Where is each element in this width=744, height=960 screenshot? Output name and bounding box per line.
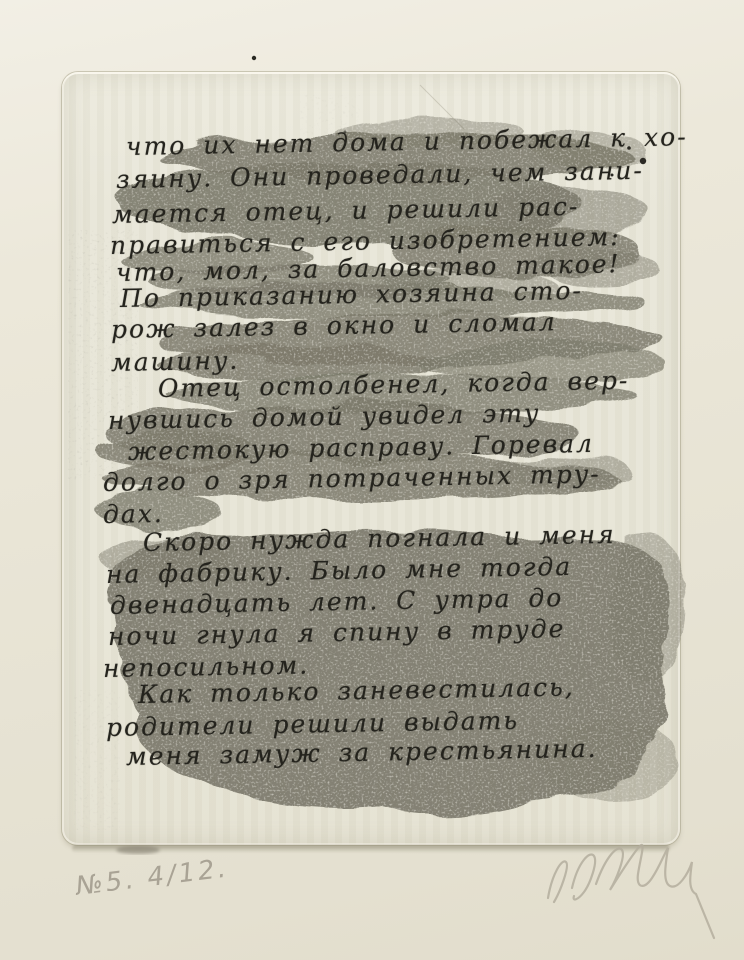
paper-sheet: что их нет дома и побежал к хо- зяину. О… [0, 0, 744, 960]
plate-bottom-groove [72, 845, 670, 853]
etching-plate [62, 72, 680, 845]
edition-number: №5. 4/12. [74, 853, 230, 902]
